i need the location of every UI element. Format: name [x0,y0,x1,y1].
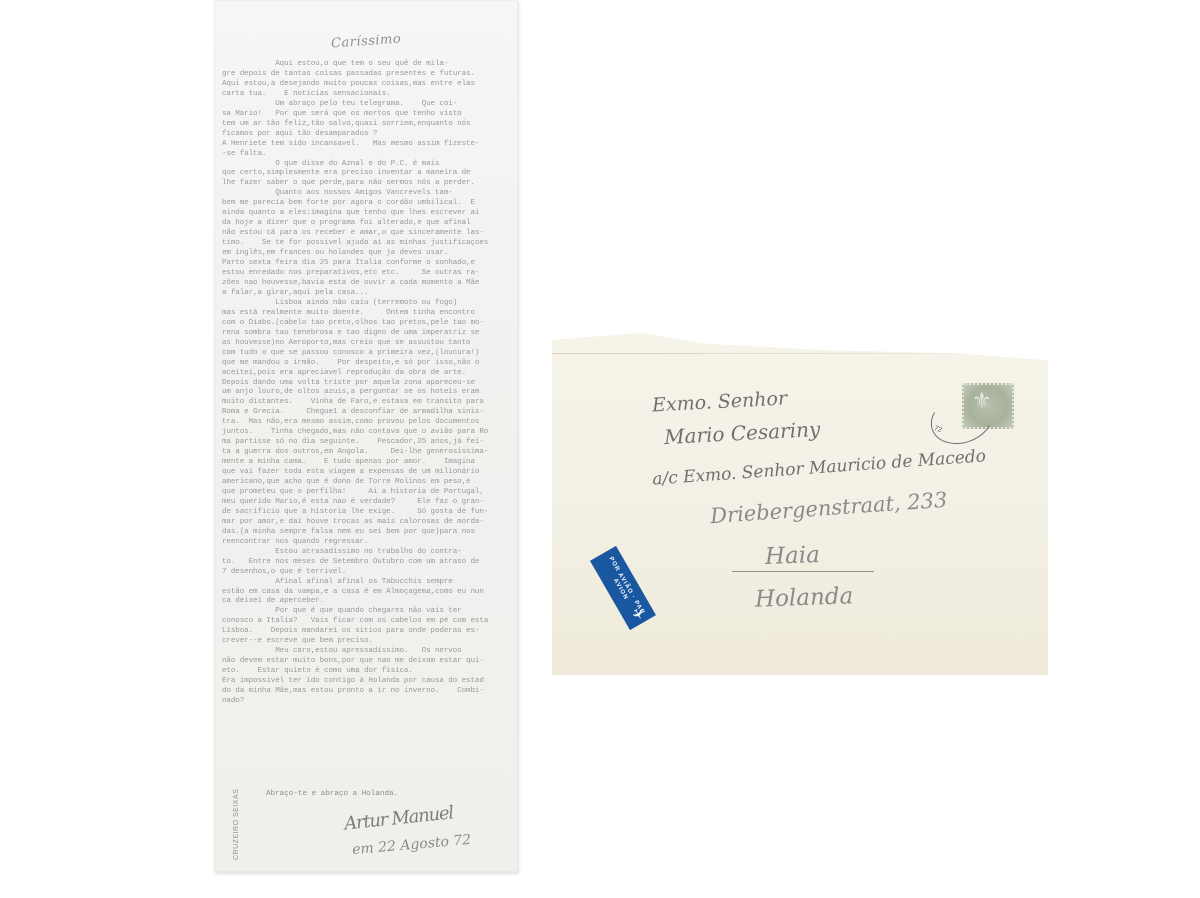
letter-line: que me mandou o irmão. Por despeito,e só… [222,359,514,369]
letter-line: estão em casa da vampa,e a casa é em Alm… [222,588,514,598]
address-line-4: Driebergenstraat, 233 [709,488,948,529]
letter-line: bem me parecia bem forte por agora o cor… [222,199,514,209]
letter-line: ca deixei de aperceber. [222,597,514,607]
letter-line: com tudo o que se passou conosco a prime… [222,349,514,359]
margin-stamp: CRUZEIRO SEIXAS [228,690,242,860]
letter-line: timo. Se te for possivel ajuda aí as min… [222,239,514,249]
airmail-label: POR AVIÃO · PAR AVION ✈ [590,546,656,630]
letter-line: ma partisse só no dia seguinte. Pescador… [222,438,514,448]
letter-line: carta tua. E notícias sensacionais. [222,90,514,100]
letter-salutation: Caríssimo [331,32,402,52]
margin-stamp-text: CRUZEIRO SEIXAS [233,789,240,860]
letter-line: de sacrificio que a historia lhe exige. … [222,508,514,518]
letter-line: da hoje a dizer que o programa foi alter… [222,219,514,229]
letter-line: Meu caro,estou apressadíssimo. Os nervos [222,647,514,657]
letter-line: não devem estar muito bons,por que nao m… [222,657,514,667]
letter-line: juntos. Tinha chegado,mas não contava qu… [222,428,514,438]
letter-line: Roma e Grecia. Chegue1 a desconfiar de a… [222,408,514,418]
letter-line: estou enredado nos preparativos,etc etc.… [222,269,514,279]
letter-line: A Henriete tem sido incansavel. Mas mesm… [222,140,514,150]
letter-line: to. Entre nos meses de Setembro Outubro … [222,558,514,568]
letter-line: Um abraço pelo teu telegrama. Que coi- [222,100,514,110]
letter-line: mente a minha cama. E tudo apenas por am… [222,458,514,468]
letter-line: que prometeu que o perfilha! Ai a histor… [222,488,514,498]
letter-line: Por que é que quando chegares não vais t… [222,607,514,617]
letter-line: 7 desenhos,o que é terrivel. [222,568,514,578]
letter-line: Lisboa ainda não caíu (terremoto ou fogo… [222,299,514,309]
letter-closing: Abraço-te e abraço a Holanda. [266,790,398,798]
address-line-6: Holanda [755,583,854,612]
letter-line: não estou cá para os receber e amar,o qu… [222,229,514,239]
letter-line: ficamos por aqui tão desamparados ? [222,130,514,140]
letter-line: crever--e escreve que bem preciso. [222,637,514,647]
letter-line: Afinal afinal afinal os Tabucchis sempre [222,578,514,588]
letter-line: mas está realmente muito doente. Ontem t… [222,309,514,319]
letter-line: que vai fazer toda esta viagem a expensa… [222,468,514,478]
letter-date: em 22 Agosto 72 [352,832,472,858]
letter-line: tra. Mas não,era mesmo assim,como provou… [222,418,514,428]
letter-line: sa Mario! Por que será que os mortos que… [222,110,514,120]
letter-line: tem um ar tão feliz,tão salvo,quasi sorr… [222,120,514,130]
letter-line: que certo,simplesmente era preciso inven… [222,169,514,179]
letter-line: gre depois de tantas coisas passadas pre… [222,70,514,80]
letter-line: das.(a minha sempre falsa nem eu sei bem… [222,528,514,538]
address-line-3: a/c Exmo. Senhor Mauricio de Macedo [652,446,987,489]
letter-line: rena sombra tao tenebrosa e tao digno de… [222,329,514,339]
letter-line: ainda quanto a eles:imagina que tenho qu… [222,209,514,219]
letter-line: conosco a Italia? Vais ficar com os cabe… [222,617,514,627]
letter-signature: Artur Manuel [343,802,454,834]
address-underline [732,571,874,572]
typed-letter: Caríssimo Aqui estou,o que tem o seu quê… [214,0,518,872]
envelope: ⚜ 72 Exmo. Senhor Mario Cesariny a/c Exm… [552,333,1048,675]
letter-line: lhe fazer saber o que perde,para não ser… [222,179,514,189]
letter-line: meu querido Mario,é esta nao é verdade? … [222,498,514,508]
letter-line: -se falta. [222,150,514,160]
address-line-5: Haia [765,542,821,570]
letter-line: um anjo louro,de oltos azuis,a perguntar… [222,388,514,398]
letter-line: Era impossivel ter ido contigo à Holanda… [222,677,514,687]
address-line-2: Mario Cesariny [663,417,820,449]
letter-line: zões nao houvesse,bavia esta de ouvir a … [222,279,514,289]
address-line-1: Exmo. Senhor [652,387,788,416]
letter-line: nado? [222,697,514,707]
letter-line: O que disse do Aznal e do P.C. é mais [222,160,514,170]
letter-line: reencontrar nos quando regressar. [222,538,514,548]
letter-body: Aqui estou,o que tem o seu quê de mila-g… [222,60,514,707]
letter-line: as houvesse)no Aeroporto,mas creio que s… [222,339,514,349]
envelope-flap-edge [552,353,1048,354]
letter-line: Parto sexta feira dia 25 para Italia con… [222,259,514,269]
letter-line: Lisboa. Depois mandarei os sitios para o… [222,627,514,637]
letter-line: Aqui estou,o que tem o seu quê de mila- [222,60,514,70]
letter-line: do da minha Mãe,mas estou pronto a ir no… [222,687,514,697]
letter-line: eto. Estar quieto é como uma dor fisica. [222,667,514,677]
letter-line: Quanto aos nossos Amigos Vancrevels tam- [222,189,514,199]
letter-line: Depois dando uma volta triste por aquela… [222,379,514,389]
letter-line: muito distantes. Vinha de Faro,e estava … [222,398,514,408]
letter-line: Aqui estou,a desejando muito poucas cois… [222,80,514,90]
letter-line: aceitei,pois era apreciavel reprodução d… [222,369,514,379]
letter-line: americano,que acho que é dono de Torre M… [222,478,514,488]
letter-line: com o Diabo.(cabelo tao preto,olhos tao … [222,319,514,329]
letter-line: ta a guerra dos outros,em Angola. Dei-lh… [222,448,514,458]
letter-line: em inglês,em frances ou holandes que ja … [222,249,514,259]
letter-line: Estou atrasadíssimo no trabalho do contr… [222,548,514,558]
letter-line: a falar,a girar,aqui pela casa... [222,289,514,299]
letter-line: mar por amor,e daí houve trocas as mais … [222,518,514,528]
